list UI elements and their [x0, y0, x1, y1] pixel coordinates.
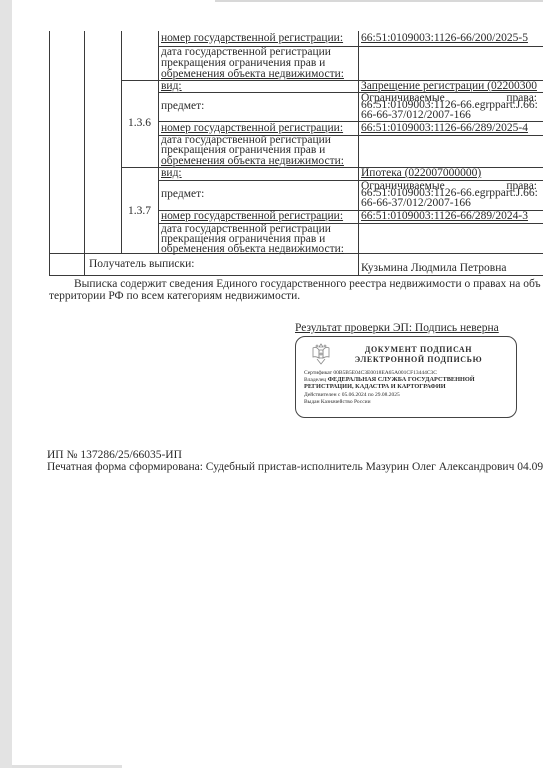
table-col-divider [121, 31, 122, 253]
subject-value-line3: 66-66-37/012/2007-166 [361, 110, 471, 122]
statement-line1: Выписка содержит сведения Единого госуда… [74, 278, 541, 290]
issuer-line: Выдан Казначейство России [304, 399, 371, 405]
printed-by: Печатная форма сформирована: Судебный пр… [47, 461, 543, 473]
type-value: Запрещение регистрации (02200300 [361, 81, 537, 93]
stamp-title-line2: ЭЛЕКТРОННОЙ ПОДПИСЬЮ [346, 355, 491, 365]
signature-check-result: Результат проверки ЭП: Подпись неверна [295, 322, 499, 334]
table-border-bottom [49, 275, 543, 276]
table-col-divider [84, 31, 85, 275]
stamp-title: ДОКУМЕНТ ПОДПИСАН ЭЛЕКТРОННОЙ ПОДПИСЬЮ [346, 345, 491, 365]
termination-date-label-line3: обременения объекта недвижимости: [161, 69, 344, 81]
owner-line2: РЕГИСТРАЦИИ, КАДАСТРА И КАРТОГРАФИИ [304, 384, 446, 390]
owner-value-line1: ФЕДЕРАЛЬНАЯ СЛУЖБА ГОСУДАРСТВЕННОЙ [328, 376, 475, 383]
table-border-left [49, 31, 50, 275]
recipient-value: Кузьмина Людмила Петровна [361, 263, 506, 275]
e-signature-stamp: ДОКУМЕНТ ПОДПИСАН ЭЛЕКТРОННОЙ ПОДПИСЬЮ С… [295, 336, 517, 418]
type-label: вид: [161, 81, 182, 93]
russian-coat-of-arms-icon [310, 342, 332, 366]
table-col-divider [358, 31, 359, 275]
statement-line2: территории РФ по всем категориям недвижи… [49, 290, 300, 302]
reg-number-label: номер государственной регистрации: [161, 211, 343, 223]
reg-number-value: 66:51:0109003:1126-66/289/2024-3 [361, 211, 528, 223]
case-number: ИП № 137286/25/66035-ИП [47, 449, 182, 461]
recipient-label: Получатель выписки: [89, 259, 194, 271]
termination-date-label-line3: обременения объекта недвижимости: [161, 156, 344, 168]
reg-number-value: 66:51:0109003:1126-66/289/2025-4 [361, 123, 528, 135]
reg-number-label: номер государственной регистрации: [161, 123, 343, 135]
reg-number-label: номер государственной регистрации: [161, 33, 343, 45]
encumbrance-number: 1.3.6 [128, 117, 151, 129]
reg-number-value: 66:51:0109003:1126-66/200/2025-5 [361, 33, 528, 45]
type-value: Ипотека (022007000000) [361, 168, 481, 180]
document-page: номер государственной регистрации: 66:51… [0, 0, 543, 768]
table-col-divider [158, 31, 159, 253]
termination-date-label-line3: обременения объекта недвижимости: [161, 244, 344, 256]
subject-label: предмет: [161, 189, 204, 201]
validity-line: Действителен с 05.06.2024 по 29.08.2025 [304, 392, 400, 398]
subject-label: предмет: [161, 101, 204, 113]
owner-value-line2: РЕГИСТРАЦИИ, КАДАСТРА И КАРТОГРАФИИ [304, 383, 446, 390]
stamp-title-line1: ДОКУМЕНТ ПОДПИСАН [346, 345, 491, 355]
type-label: вид: [161, 168, 182, 180]
subject-value-line3: 66-66-37/012/2007-166 [361, 198, 471, 210]
encumbrance-number: 1.3.7 [128, 205, 151, 217]
